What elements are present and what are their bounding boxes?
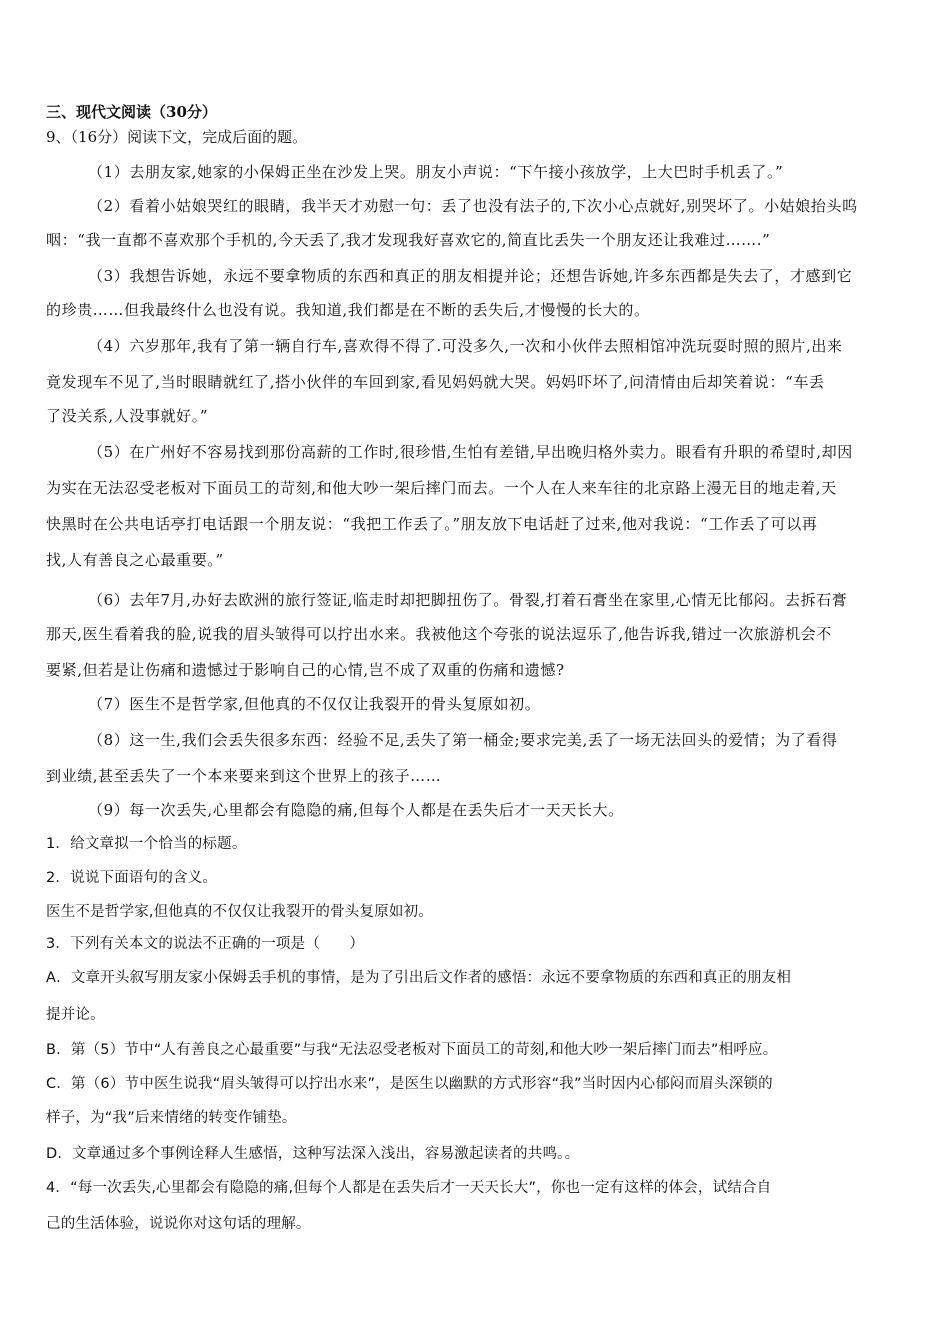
- option-a: A．文章开头叙写朋友家小保姆丢手机的事情，是为了引出后文作者的感悟：永远不要拿物…: [46, 968, 791, 988]
- paragraph-4-line: （4）六岁那年,我有了第一辆自行车,喜欢得不得了.可没多久,一次和小伙伴去照相馆…: [88, 336, 843, 356]
- paragraph-6-line: 要紧,但若是让伤痛和遗憾过于影响自己的心情,岂不成了双重的伤痛和遗憾?: [46, 660, 565, 680]
- paragraph-8-line: （8）这一生,我们会丢失很多东西：经验不足,丢失了第一桶金;要求完美,丢了一场无…: [88, 730, 838, 750]
- paragraph-6-line: 那天,医生看着我的脸,说我的眉头皱得可以拧出水来。我被他这个夸张的说法逗乐了,他…: [46, 624, 832, 644]
- question-intro: 9、（16分）阅读下文，完成后面的题。: [46, 127, 307, 147]
- paragraph-5-line: 找,人有善良之心最重要。”: [46, 550, 224, 570]
- paragraph-9-line: （9）每一次丢失,心里都会有隐隐的痛,但每个人都是在丢失后才一天天长大。: [88, 800, 624, 820]
- paragraph-2-line: 咽：“我一直都不喜欢那个手机的,今天丢了,我才发现我好喜欢它的,简直比丢失一个朋…: [46, 230, 770, 250]
- option-c-cont: 样子，为“我”后来情绪的转变作铺垫。: [46, 1108, 297, 1128]
- question-4-cont: 己的生活体验，说说你对这句话的理解。: [46, 1214, 311, 1234]
- option-d: D．文章通过多个事例诠释人生感悟，这种写法深入浅出，容易激起读者的共鸣。。: [46, 1144, 579, 1164]
- paragraph-1-line: （1）去朋友家,她家的小保姆正坐在沙发上哭。朋友小声说：“下午接小孩放学，上大巴…: [88, 162, 783, 182]
- paragraph-4-line: 了没关系,人没事就好。”: [46, 406, 208, 426]
- paragraph-5-line: （5）在广州好不容易找到那份高薪的工作时,很珍惜,生怕有差错,早出晚归格外卖力。…: [88, 442, 853, 462]
- paragraph-4-line: 竟发现车不见了,当时眼睛就红了,搭小伙伴的车回到家,看见妈妈就大哭。妈妈吓坏了,…: [46, 372, 825, 392]
- option-c: C．第（6）节中医生说我“眉头皱得可以拧出水来”，是医生以幽默的方式形容“我”当…: [46, 1074, 773, 1094]
- option-a-cont: 提并论。: [46, 1005, 105, 1025]
- paragraph-3-line: （3）我想告诉她，永远不要拿物质的东西和真正的朋友相提并论；还想告诉她,许多东西…: [88, 266, 852, 286]
- paragraph-7-line: （7）医生不是哲学家,但他真的不仅仅让我裂开的骨头复原如初。: [88, 694, 540, 714]
- section-title: 三、现代文阅读（30分）: [46, 102, 217, 122]
- question-3: 3．下列有关本文的说法不正确的一项是（ ）: [46, 934, 364, 954]
- paragraph-3-line: 的珍贵……但我最终什么也没有说。我知道,我们都是在不断的丢失后,才慢慢的长大的。: [46, 300, 650, 320]
- paragraph-5-line: 快黑时在公共电话亭打电话跟一个朋友说：“我把工作丢了。”朋友放下电话赶了过来,他…: [46, 514, 817, 534]
- question-2-quote: 医生不是哲学家,但他真的不仅仅让我裂开的骨头复原如初。: [46, 902, 433, 922]
- question-4: 4．“每一次丢失,心里都会有隐隐的痛,但每个人都是在丢失后才一天天长大”，你也一…: [46, 1178, 771, 1198]
- question-2: 2．说说下面语句的含义。: [46, 868, 217, 888]
- paragraph-8-line: 到业绩,甚至丢失了一个本来要来到这个世界上的孩子……: [46, 766, 441, 786]
- question-1: 1．给文章拟一个恰当的标题。: [46, 834, 247, 854]
- paragraph-5-line: 为实在无法忍受老板对下面员工的苛刻,和他大吵一架后摔门而去。一个人在人来车往的北…: [46, 478, 837, 498]
- option-b: B．第（5）节中“人有善良之心最重要”与我“无法忍受老板对下面员工的苛刻,和他大…: [46, 1040, 777, 1060]
- paragraph-2-line: （2）看着小姑娘哭红的眼睛，我半天才劝慰一句：丢了也没有法子的,下次小心点就好,…: [88, 196, 858, 216]
- paragraph-6-line: （6）去年7月,办好去欧洲的旅行签证,临走时却把脚扭伤了。骨裂,打着石膏坐在家里…: [88, 590, 847, 610]
